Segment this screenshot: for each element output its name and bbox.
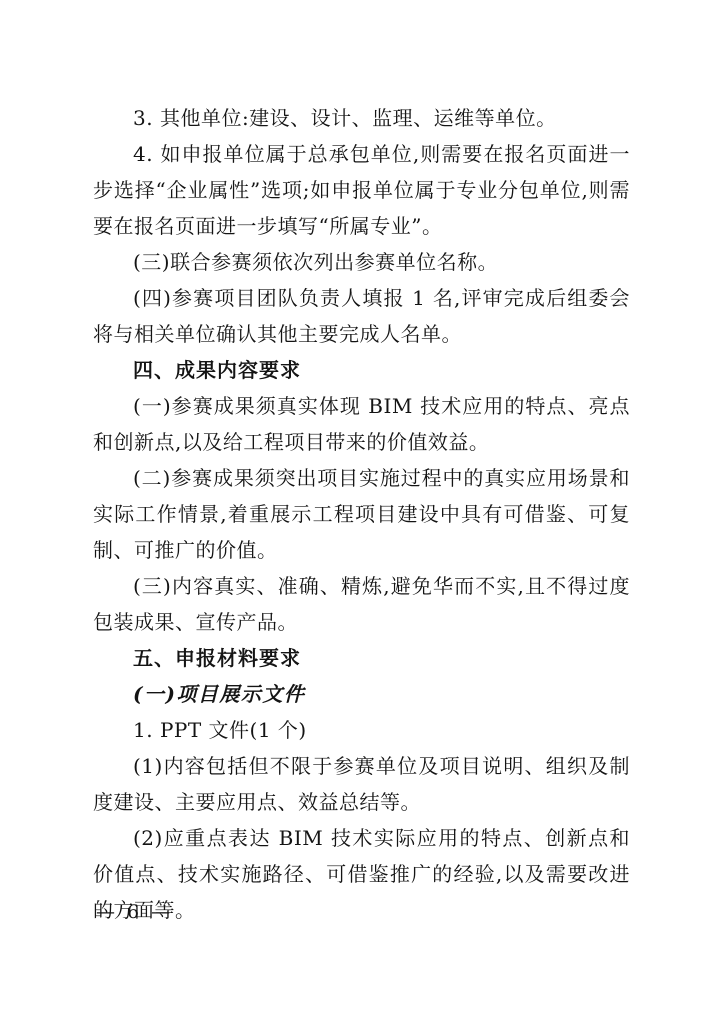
paragraph: (1)内容包括但不限于参赛单位及项目说明、组织及制度建设、主要应用点、效益总结等… — [93, 748, 630, 820]
paragraph: 3. 其他单位:建设、设计、监理、运维等单位。 — [93, 100, 630, 136]
paragraph: (2)应重点表达 BIM 技术实际应用的特点、创新点和价值点、技术实施路径、可借… — [93, 820, 630, 928]
paragraph: (二)参赛成果须突出项目实施过程中的真实应用场景和实际工作情景,着重展示工程项目… — [93, 460, 630, 568]
paragraph: 1. PPT 文件(1 个) — [93, 712, 630, 748]
paragraph: (三)内容真实、准确、精炼,避免华而不实,且不得过度包装成果、宣传产品。 — [93, 568, 630, 640]
page-number: — 6 — — [96, 901, 173, 923]
sub-heading: (一)项目展示文件 — [93, 676, 630, 712]
paragraph: 4. 如申报单位属于总承包单位,则需要在报名页面进一步选择“企业属性”选项;如申… — [93, 136, 630, 244]
paragraph: (一)参赛成果须真实体现 BIM 技术应用的特点、亮点和创新点,以及给工程项目带… — [93, 388, 630, 460]
paragraph: (三)联合参赛须依次列出参赛单位名称。 — [93, 244, 630, 280]
page-footer: — 6 — — [96, 898, 173, 926]
section-heading-4: 四、成果内容要求 — [93, 352, 630, 388]
document-page: 3. 其他单位:建设、设计、监理、运维等单位。 4. 如申报单位属于总承包单位,… — [0, 0, 723, 1024]
document-body: 3. 其他单位:建设、设计、监理、运维等单位。 4. 如申报单位属于总承包单位,… — [93, 100, 630, 928]
section-heading-5: 五、申报材料要求 — [93, 640, 630, 676]
paragraph: (四)参赛项目团队负责人填报 1 名,评审完成后组委会将与相关单位确认其他主要完… — [93, 280, 630, 352]
